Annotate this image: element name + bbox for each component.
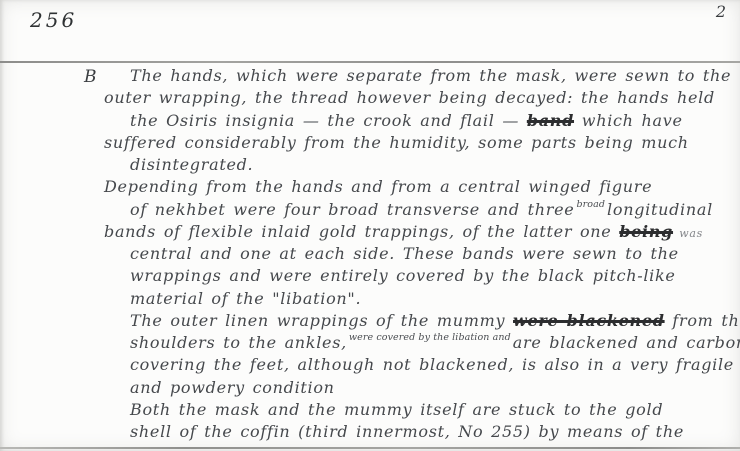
page-number: 2 [716,2,726,21]
handwritten-text: material of the "libation". [130,289,361,308]
scan-edge [0,447,740,449]
handwritten-text: from the [665,311,740,330]
interlinear-insertion: broad [576,194,605,216]
handwritten-line: bands of flexible inlaid gold trappings,… [104,221,738,243]
handwritten-text: suffered considerably from the humidity,… [104,133,689,152]
handwritten-line: disintegrated. [104,154,738,176]
handwritten-text: are blackened and carbonized : the linen [513,333,740,352]
handwritten-line: Depending from the hands and from a cent… [104,176,738,198]
document-page: 256 2 B The hands, which were separate f… [0,0,740,451]
handwritten-text: which have [574,111,683,130]
handwritten-line: wrappings and were entirely covered by t… [104,265,738,287]
handwritten-text: shoulders to the ankles, [130,333,347,352]
handwritten-line: of nekhbet were four broad transverse an… [104,199,738,221]
struck-out-text: being [619,222,673,241]
handwritten-text: Depending from the hands and from a cent… [104,177,652,196]
struck-out-text: were blackened [513,311,665,330]
handwritten-text: central and one at each side. These band… [130,244,679,263]
handwritten-text: outer wrapping, the thread however being… [104,88,715,107]
handwritten-line: suffered considerably from the humidity,… [104,132,738,154]
handwritten-line: material of the "libation". [104,288,738,310]
small-correction-text: was [673,227,703,240]
handwritten-line: shell of the coffin (third innermost, No… [104,421,738,443]
interlinear-insertion: were covered by the libation and [349,327,511,349]
handwritten-text: of nekhbet were four broad transverse an… [130,200,574,219]
notes-body: The hands, which were separate from the … [104,65,738,443]
handwritten-text: and powdery condition [130,378,335,397]
handwritten-text: the Osiris insignia — the crook and flai… [130,111,527,130]
handwritten-line: shoulders to the ankles,were covered by … [104,332,738,354]
handwritten-text: wrappings and were entirely covered by t… [130,266,676,285]
handwritten-text: disintegrated. [130,155,253,174]
handwritten-text: shell of the coffin (third innermost, No… [130,422,684,441]
handwritten-line: The hands, which were separate from the … [104,65,738,87]
struck-out-text: band [527,111,574,130]
handwritten-line: Both the mask and the mummy itself are s… [104,399,738,421]
handwritten-text: covering the feet, although not blackene… [130,355,734,374]
handwritten-text: The hands, which were separate from the … [130,66,731,85]
header-rule [0,61,740,63]
handwritten-text: bands of flexible inlaid gold trappings,… [104,222,619,241]
handwritten-text: Both the mask and the mummy itself are s… [130,400,663,419]
handwritten-line: and powdery condition [104,377,738,399]
handwritten-line: outer wrapping, the thread however being… [104,87,738,109]
handwritten-line: central and one at each side. These band… [104,243,738,265]
handwritten-text: longitudinal [607,200,713,219]
handwritten-line: covering the feet, although not blackene… [104,354,738,376]
handwritten-line: the Osiris insignia — the crook and flai… [104,110,738,132]
card-number: 256 [30,8,77,32]
margin-letter: B [84,67,97,87]
